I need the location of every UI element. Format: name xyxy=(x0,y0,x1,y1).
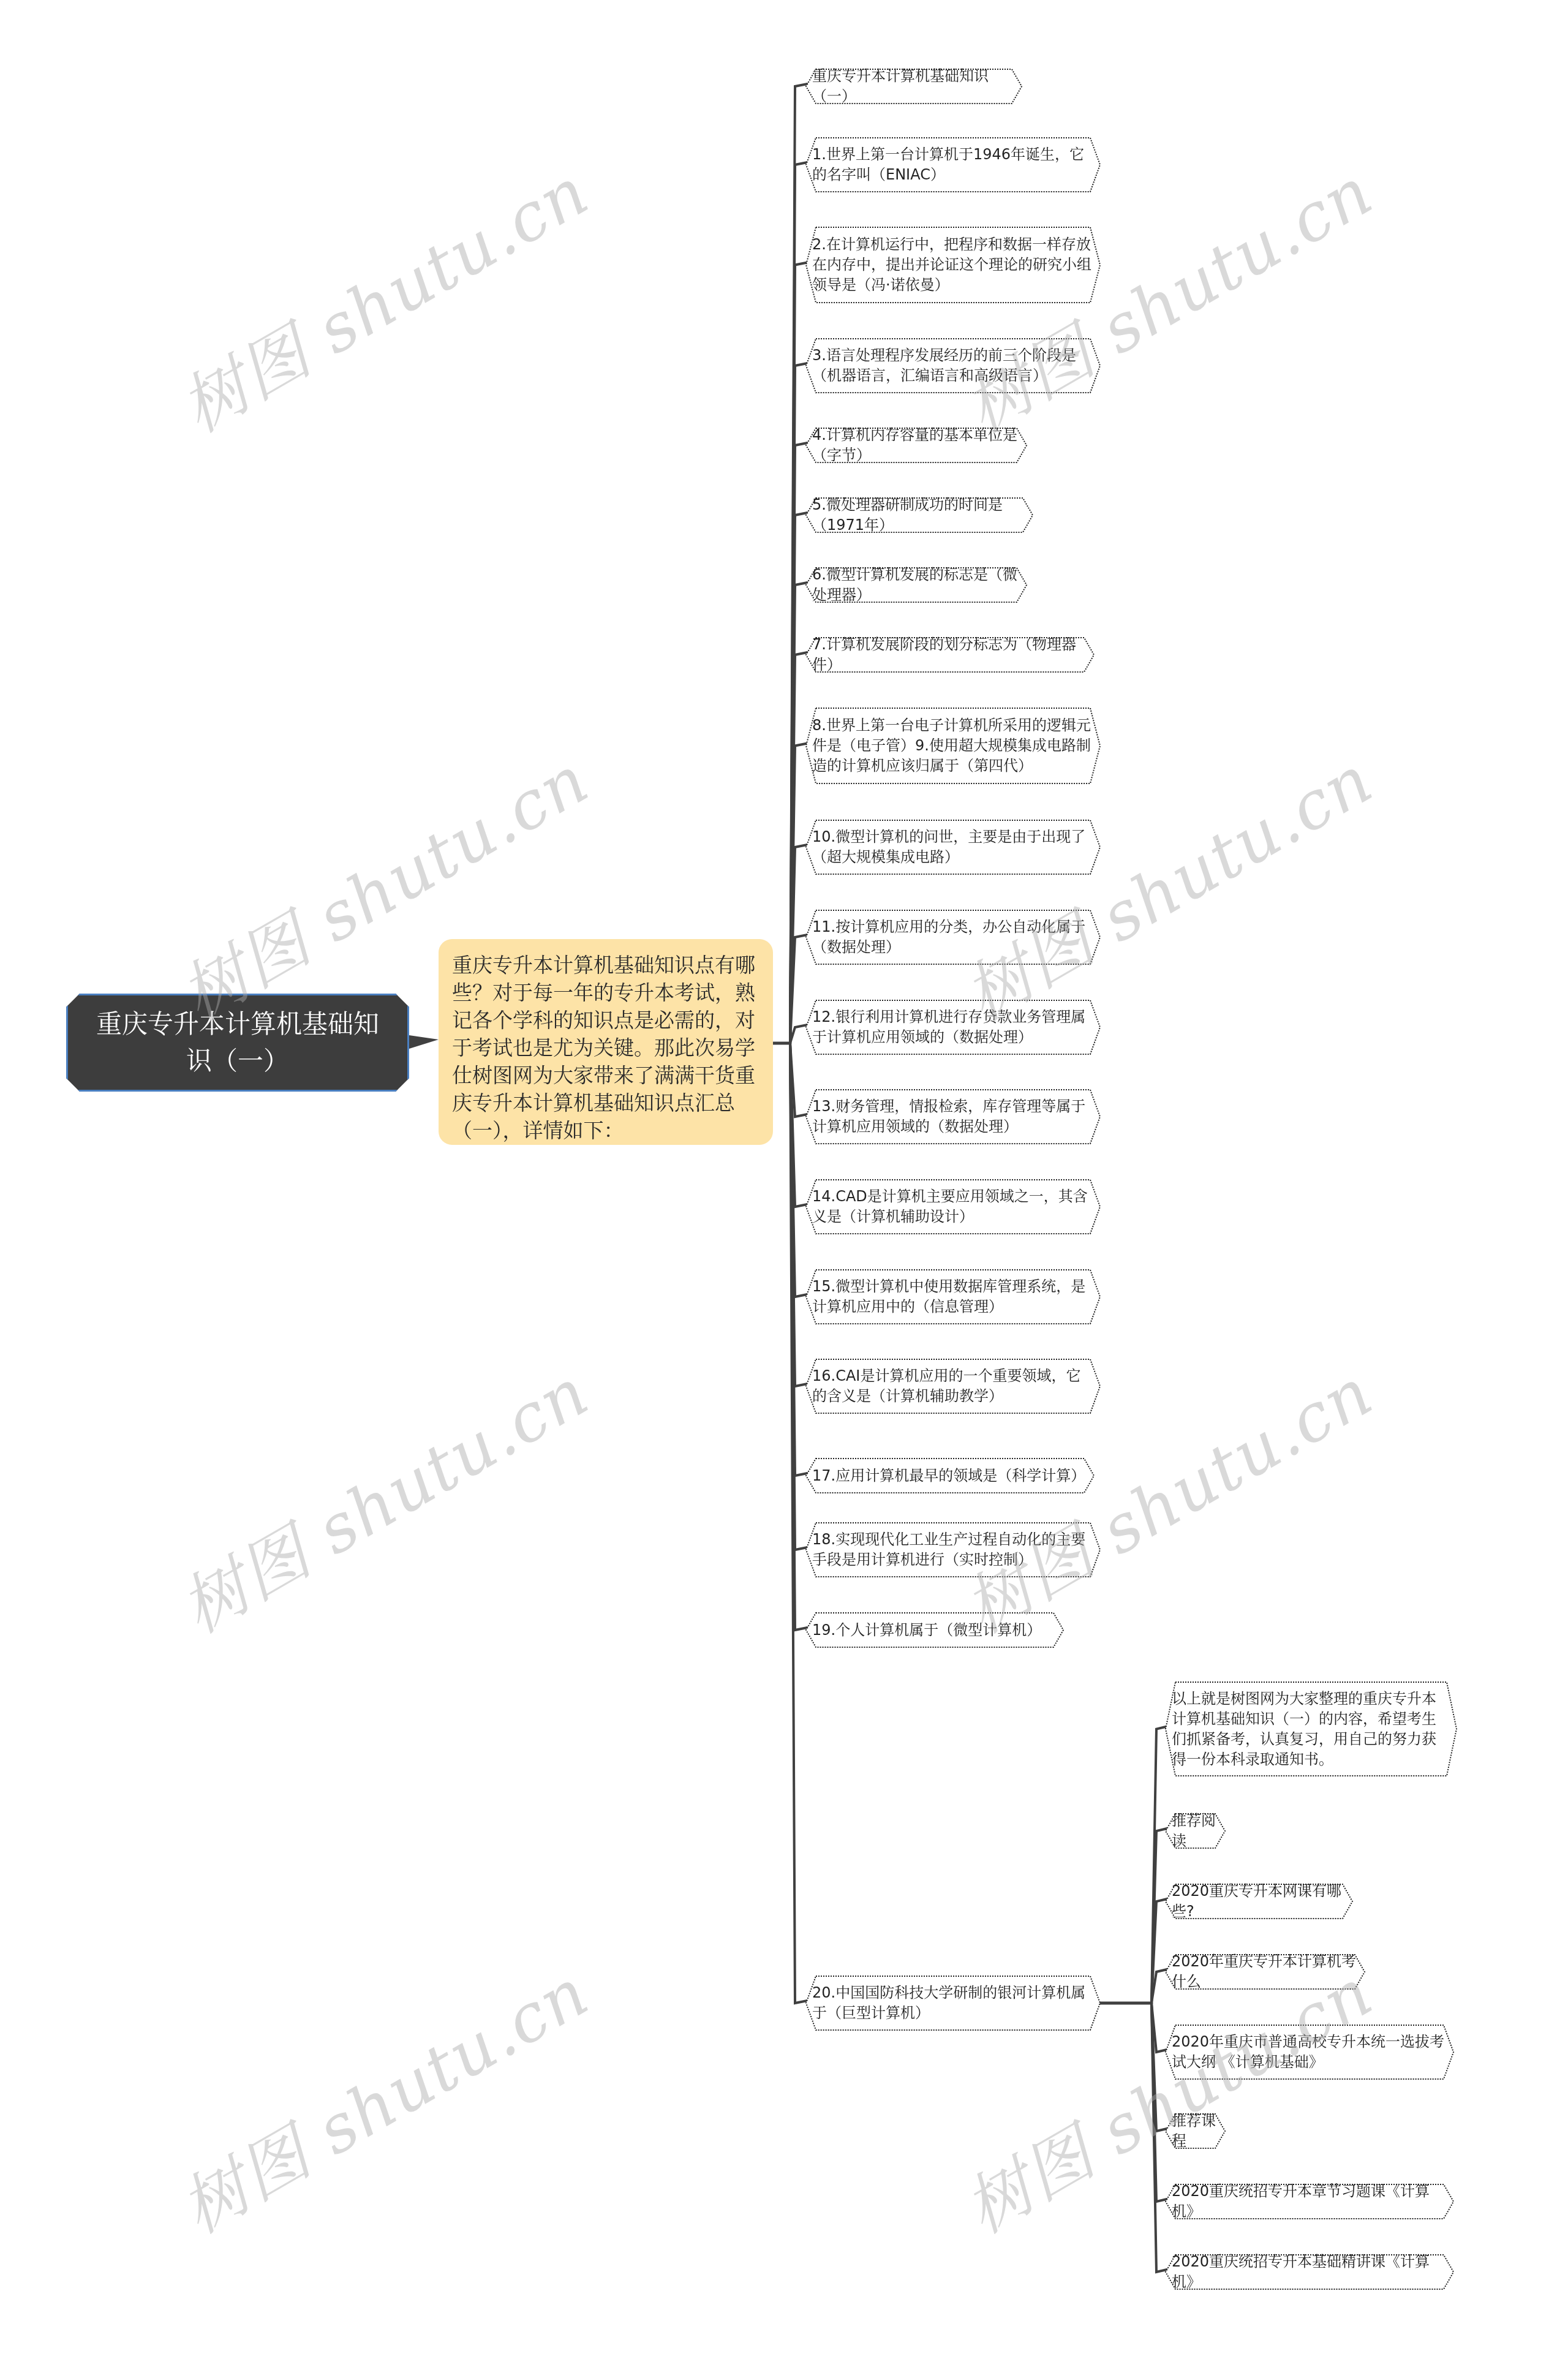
subtopic-node[interactable]: 推荐课程 xyxy=(1166,2113,1225,2149)
topic-node-label: 1.世界上第一台计算机于1946年诞生，它的名字叫（ENIAC） xyxy=(812,145,1094,185)
subtopic-node-label: 2020年重庆市普通高校专升本统一选拔考试大纲 《计算机基础》 xyxy=(1172,2032,1447,2072)
topic-node-label: 4.计算机内存容量的基本单位是（字节） xyxy=(812,425,1020,466)
topic-node[interactable]: 15.微型计算机中使用数据库管理系统，是计算机应用中的（信息管理） xyxy=(806,1269,1100,1324)
topic-node-label: 19.个人计算机属于（微型计算机） xyxy=(812,1620,1041,1640)
topic-node[interactable]: 重庆专升本计算机基础知识（一） xyxy=(806,69,1022,104)
subtopic-node-label: 2020年重庆专升本计算机考什么 xyxy=(1172,1952,1359,1992)
topic-node[interactable]: 20.中国国防科技大学研制的银河计算机属于（巨型计算机） xyxy=(806,1976,1100,2031)
topic-node-label: 2.在计算机运行中，把程序和数据一样存放在内存中，提出并论证这个理论的研究小组领… xyxy=(812,235,1094,295)
topic-node[interactable]: 10.微型计算机的问世，主要是由于出现了（超大规模集成电路） xyxy=(806,820,1100,875)
topic-node[interactable]: 8.世界上第一台电子计算机所采用的逻辑元件是（电子管）9.使用超大规模集成电路制… xyxy=(806,708,1100,784)
topic-node-label: 8.世界上第一台电子计算机所采用的逻辑元件是（电子管）9.使用超大规模集成电路制… xyxy=(812,715,1094,776)
root-node-label: 重庆专升本计算机基础知识（一） xyxy=(84,1006,391,1079)
topic-node[interactable]: 19.个人计算机属于（微型计算机） xyxy=(806,1612,1063,1648)
intro-node[interactable]: 重庆专升本计算机基础知识点有哪些？对于每一年的专升本考试，熟记各个学科的知识点是… xyxy=(439,939,773,1145)
topic-node-label: 3.语言处理程序发展经历的前三个阶段是（机器语言，汇编语言和高级语言） xyxy=(812,345,1094,386)
topic-node-label: 15.微型计算机中使用数据库管理系统，是计算机应用中的（信息管理） xyxy=(812,1277,1094,1317)
subtopic-node[interactable]: 推荐阅读 xyxy=(1166,1813,1225,1849)
topic-node[interactable]: 1.世界上第一台计算机于1946年诞生，它的名字叫（ENIAC） xyxy=(806,137,1100,192)
subtopic-node[interactable]: 2020年重庆专升本计算机考什么 xyxy=(1166,1954,1365,1990)
mindmap-canvas: 重庆专升本计算机基础知识（一） 重庆专升本计算机基础知识点有哪些？对于每一年的专… xyxy=(0,0,1568,2359)
topic-node[interactable]: 5.微处理器研制成功的时间是（1971年） xyxy=(806,497,1033,533)
subtopic-node[interactable]: 2020年重庆市普通高校专升本统一选拔考试大纲 《计算机基础》 xyxy=(1166,2025,1453,2080)
topic-node-label: 14.CAD是计算机主要应用领域之一，其含义是（计算机辅助设计） xyxy=(812,1187,1094,1227)
topic-node[interactable]: 3.语言处理程序发展经历的前三个阶段是（机器语言，汇编语言和高级语言） xyxy=(806,338,1100,393)
topic-node-label: 6.微型计算机发展的标志是（微处理器） xyxy=(812,565,1020,605)
topic-node-label: 10.微型计算机的问世，主要是由于出现了（超大规模集成电路） xyxy=(812,827,1094,867)
subtopic-node-label: 2020重庆专升本网课有哪些? xyxy=(1172,1881,1346,1922)
subtopic-node[interactable]: 2020重庆统招专升本基础精讲课《计算机》 xyxy=(1166,2254,1453,2290)
subtopic-node-label: 推荐课程 xyxy=(1172,2111,1219,2151)
topic-node-label: 20.中国国防科技大学研制的银河计算机属于（巨型计算机） xyxy=(812,1983,1094,2023)
connector-lines xyxy=(0,0,1568,2359)
topic-node[interactable]: 18.实现现代化工业生产过程自动化的主要手段是用计算机进行（实时控制） xyxy=(806,1522,1100,1577)
subtopic-node-label: 2020重庆统招专升本基础精讲课《计算机》 xyxy=(1172,2252,1447,2292)
topic-node-label: 18.实现现代化工业生产过程自动化的主要手段是用计算机进行（实时控制） xyxy=(812,1530,1094,1570)
topic-node[interactable]: 13.财务管理，情报检索，库存管理等属于计算机应用领域的（数据处理） xyxy=(806,1089,1100,1144)
topic-node-label: 重庆专升本计算机基础知识（一） xyxy=(812,66,1016,107)
topic-node-label: 13.财务管理，情报检索，库存管理等属于计算机应用领域的（数据处理） xyxy=(812,1096,1094,1137)
topic-node-label: 7.计算机发展阶段的划分标志为（物理器件） xyxy=(812,635,1088,675)
subtopic-node-label: 2020重庆统招专升本章节习题课《计算机》 xyxy=(1172,2181,1447,2222)
topic-node[interactable]: 7.计算机发展阶段的划分标志为（物理器件） xyxy=(806,637,1094,673)
subtopic-node-label: 以上就是树图网为大家整理的重庆专升本计算机基础知识（一）的内容，希望考生们抓紧备… xyxy=(1172,1689,1450,1770)
topic-node-label: 5.微处理器研制成功的时间是（1971年） xyxy=(812,495,1027,535)
topic-node[interactable]: 4.计算机内存容量的基本单位是（字节） xyxy=(806,428,1027,463)
topic-node-label: 11.按计算机应用的分类，办公自动化属于（数据处理） xyxy=(812,917,1094,957)
topic-node-label: 16.CAI是计算机应用的一个重要领域，它的含义是（计算机辅助教学） xyxy=(812,1366,1094,1406)
topic-node[interactable]: 14.CAD是计算机主要应用领域之一，其含义是（计算机辅助设计） xyxy=(806,1179,1100,1234)
intro-node-text: 重庆专升本计算机基础知识点有哪些？对于每一年的专升本考试，熟记各个学科的知识点是… xyxy=(452,953,755,1142)
topic-node[interactable]: 11.按计算机应用的分类，办公自动化属于（数据处理） xyxy=(806,910,1100,965)
subtopic-node-label: 推荐阅读 xyxy=(1172,1811,1219,1851)
topic-node-label: 12.银行利用计算机进行存贷款业务管理属于计算机应用领域的（数据处理） xyxy=(812,1007,1094,1047)
subtopic-node[interactable]: 2020重庆统招专升本章节习题课《计算机》 xyxy=(1166,2184,1453,2219)
subtopic-node[interactable]: 以上就是树图网为大家整理的重庆专升本计算机基础知识（一）的内容，希望考生们抓紧备… xyxy=(1166,1681,1457,1776)
topic-node-label: 17.应用计算机最早的领域是（科学计算） xyxy=(812,1466,1085,1486)
topic-node[interactable]: 17.应用计算机最早的领域是（科学计算） xyxy=(806,1458,1094,1493)
topic-node[interactable]: 2.在计算机运行中，把程序和数据一样存放在内存中，提出并论证这个理论的研究小组领… xyxy=(806,227,1100,303)
root-node[interactable]: 重庆专升本计算机基础知识（一） xyxy=(66,994,409,1092)
topic-node[interactable]: 6.微型计算机发展的标志是（微处理器） xyxy=(806,567,1027,603)
topic-node[interactable]: 12.银行利用计算机进行存贷款业务管理属于计算机应用领域的（数据处理） xyxy=(806,1000,1100,1055)
topic-node[interactable]: 16.CAI是计算机应用的一个重要领域，它的含义是（计算机辅助教学） xyxy=(806,1359,1100,1414)
subtopic-node[interactable]: 2020重庆专升本网课有哪些? xyxy=(1166,1884,1352,1919)
